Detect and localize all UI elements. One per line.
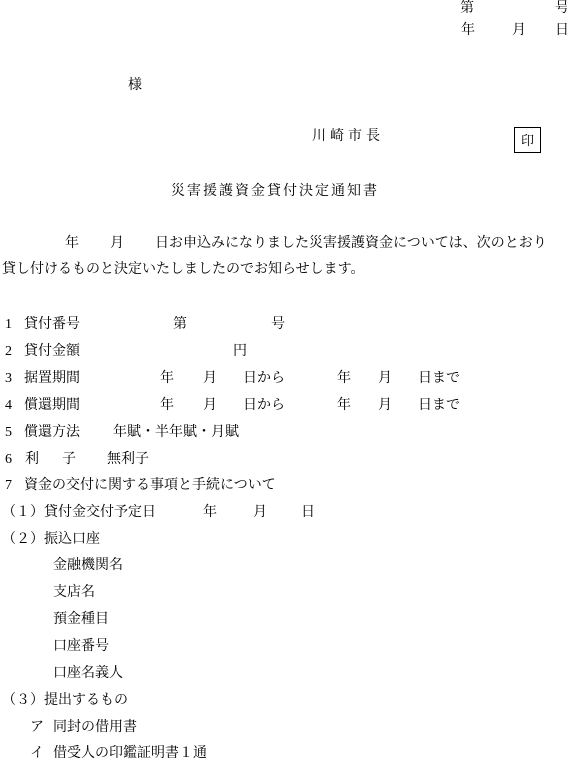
account-field-account-holder: 口座名義人 <box>53 666 123 681</box>
submit-item-a-marker: ア <box>30 720 44 735</box>
item4-number: 4 <box>5 398 12 413</box>
item4-month2-label: 月 <box>378 398 392 413</box>
item3-number: 3 <box>5 371 12 386</box>
item1-number: 1 <box>5 317 12 332</box>
item7-label: 資金の交付に関する事項と手続について <box>24 478 276 493</box>
intro-month-label: 月 <box>110 236 124 251</box>
item6-label-part1: 利 <box>25 452 39 467</box>
sub1-day-label: 日 <box>301 505 315 520</box>
submit-item-a-text: 同封の借用書 <box>53 720 137 735</box>
account-field-deposit-type: 預金種目 <box>53 612 109 627</box>
submit-item-b-text: 借受人の印鑑証明書１通 <box>53 746 207 758</box>
item3-month1-label: 月 <box>203 371 217 386</box>
item6-label-part2: 子 <box>62 452 76 467</box>
intro-line1-text: 日お申込みになりました災害援護資金については、次のとおり <box>155 236 547 251</box>
date-year-label: 年 <box>461 23 475 38</box>
account-field-bank-name: 金融機関名 <box>53 558 123 573</box>
item4-month1-label: 月 <box>203 398 217 413</box>
item2-yen-label: 円 <box>233 344 247 359</box>
item2-label: 貸付金額 <box>24 344 80 359</box>
seal-character: 印 <box>521 134 534 147</box>
item4-label: 償還期間 <box>24 398 80 413</box>
seal-box: 印 <box>514 127 541 153</box>
item4-day1-label: 日から <box>243 398 285 413</box>
date-month-label: 月 <box>512 23 526 38</box>
sub3-label: （３）提出するもの <box>2 693 128 708</box>
sub1-month-label: 月 <box>253 505 267 520</box>
item5-number: 5 <box>5 425 12 440</box>
item4-day2-label: 日まで <box>418 398 460 413</box>
doc-number-prefix: 第 <box>460 1 474 16</box>
sub1-label: （１）貸付金交付予定日 <box>2 505 156 520</box>
item2-number: 2 <box>5 344 12 359</box>
intro-line2-text: 貸し付けるものと決定いたしましたのでお知らせします。 <box>2 262 364 277</box>
item3-day1-label: 日から <box>243 371 285 386</box>
item5-label: 償還方法 <box>24 425 80 440</box>
notification-document-page: 第 号 年 月 日 様 川崎市長 印 災害援護資金貸付決定通知書 年 月 日お申… <box>0 0 567 758</box>
item3-year2-label: 年 <box>337 371 351 386</box>
submit-item-b-marker: イ <box>30 746 44 758</box>
item3-year1-label: 年 <box>160 371 174 386</box>
account-field-account-number: 口座番号 <box>53 639 109 654</box>
sender-name: 川崎市長 <box>312 129 384 144</box>
sub2-label: （２）振込口座 <box>2 532 100 547</box>
sub1-year-label: 年 <box>203 505 217 520</box>
item5-value: 年賦・半年賦・月賦 <box>113 425 239 440</box>
item4-year2-label: 年 <box>337 398 351 413</box>
item6-value: 無利子 <box>107 452 149 467</box>
date-day-label: 日 <box>555 23 567 38</box>
item1-label: 貸付番号 <box>24 317 80 332</box>
item6-number: 6 <box>5 452 12 467</box>
item1-dai-label: 第 <box>173 317 187 332</box>
intro-year-label: 年 <box>65 236 79 251</box>
item1-go-label: 号 <box>271 317 285 332</box>
addressee-honorific: 様 <box>128 78 142 93</box>
account-field-branch-name: 支店名 <box>53 585 95 600</box>
item3-month2-label: 月 <box>378 371 392 386</box>
item7-number: 7 <box>5 478 12 493</box>
item3-day2-label: 日まで <box>418 371 460 386</box>
item3-label: 据置期間 <box>24 371 80 386</box>
doc-number-suffix: 号 <box>555 1 567 16</box>
document-title: 災害援護資金貸付決定通知書 <box>171 184 379 199</box>
item4-year1-label: 年 <box>160 398 174 413</box>
